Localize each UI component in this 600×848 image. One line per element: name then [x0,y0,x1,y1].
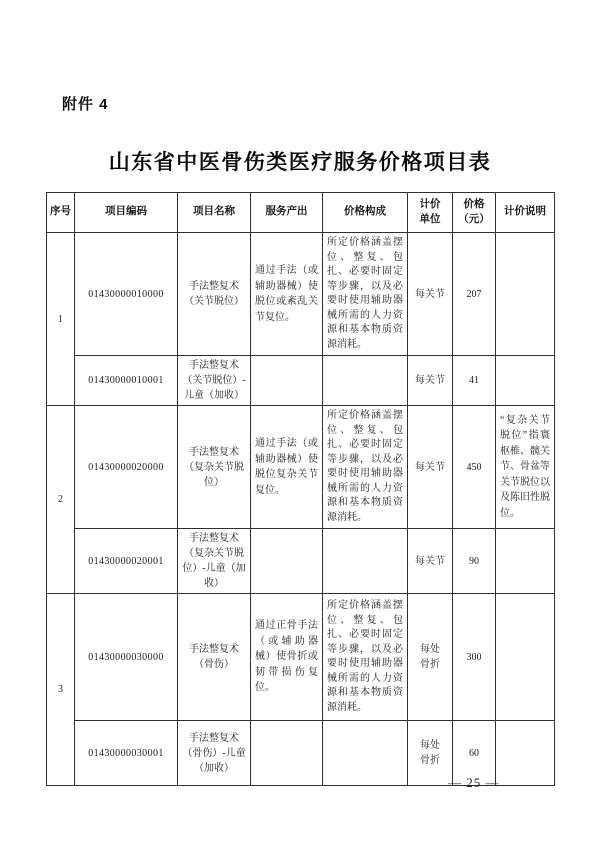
cell-pricing-unit: 每处 骨折 [408,721,453,786]
cell-service-output: 通过正骨手法（或辅助器械）使骨折或韧带损伤复位。 [251,594,323,721]
cell-pricing-note [496,356,555,406]
cell-item-name: 手法整复术（关节脱位）-儿童（加收） [178,356,251,406]
cell-price-composition [323,529,408,594]
cell-seq: 1 [47,233,75,406]
cell-item-code: 01430000020001 [75,529,178,594]
header-service-output: 服务产出 [251,193,323,233]
price-table: 序号 项目编码 项目名称 服务产出 价格构成 计价 单位 价格 （元） 计价说明… [46,192,555,786]
cell-price: 300 [453,594,496,721]
cell-item-name: 手法整复术（关节脱位） [178,233,251,356]
cell-price: 207 [453,233,496,356]
header-price-yuan: 价格 （元） [453,193,496,233]
header-pricing-note: 计价说明 [496,193,555,233]
cell-service-output: 通过手法（或辅助器械）使脱位复杂关节复位。 [251,406,323,529]
header-seq: 序号 [47,193,75,233]
cell-item-code: 01430000030000 [75,594,178,721]
table-row: 3 01430000030000 手法整复术（骨伤） 通过正骨手法（或辅助器械）… [47,594,555,721]
cell-service-output [251,721,323,786]
cell-price: 90 [453,529,496,594]
cell-pricing-note [496,721,555,786]
cell-pricing-unit: 每处 骨折 [408,594,453,721]
cell-pricing-unit: 每关节 [408,529,453,594]
page-number: — 25 — [448,775,500,791]
cell-price-composition: 所定价格涵盖摆位、整复、包扎、必要时固定等步骤，以及必要时使用辅助器械所需的人力… [323,406,408,529]
page-title: 山东省中医骨伤类医疗服务价格项目表 [0,146,600,176]
cell-item-code: 01430000030001 [75,721,178,786]
cell-price: 41 [453,356,496,406]
cell-service-output: 通过手法（或辅助器械）使脱位或紊乱关节复位。 [251,233,323,356]
cell-seq: 3 [47,594,75,786]
cell-pricing-note [496,233,555,356]
table-row: 01430000010001 手法整复术（关节脱位）-儿童（加收） 每关节 41 [47,356,555,406]
cell-service-output [251,529,323,594]
cell-price: 450 [453,406,496,529]
cell-item-name: 手法整复术（复杂关节脱位） [178,406,251,529]
cell-pricing-note [496,529,555,594]
header-item-name: 项目名称 [178,193,251,233]
cell-item-name: 手法整复术（复杂关节脱位）-儿童（加收） [178,529,251,594]
cell-pricing-unit: 每关节 [408,356,453,406]
cell-item-code: 01430000010000 [75,233,178,356]
cell-pricing-note: “复杂关节脱位”指寰枢椎、髋关节、骨盆等关节脱位以及陈旧性脱位。 [496,406,555,529]
header-price-composition: 价格构成 [323,193,408,233]
cell-pricing-unit: 每关节 [408,406,453,529]
attachment-label: 附件 4 [62,93,109,114]
cell-price-composition [323,721,408,786]
cell-seq: 2 [47,406,75,594]
cell-price-composition: 所定价格涵盖摆位、整复、包扎、必要时固定等步骤，以及必要时使用辅助器械所需的人力… [323,594,408,721]
cell-item-code: 01430000020000 [75,406,178,529]
table-row: 01430000020001 手法整复术（复杂关节脱位）-儿童（加收） 每关节 … [47,529,555,594]
cell-price-composition [323,356,408,406]
cell-service-output [251,356,323,406]
header-row: 序号 项目编码 项目名称 服务产出 价格构成 计价 单位 价格 （元） 计价说明 [47,193,555,233]
cell-item-code: 01430000010001 [75,356,178,406]
header-item-code: 项目编码 [75,193,178,233]
header-pricing-unit: 计价 单位 [408,193,453,233]
cell-item-name: 手法整复术（骨伤） [178,594,251,721]
cell-price-composition: 所定价格涵盖摆位、整复、包扎、必要时固定等步骤，以及必要时使用辅助器械所需的人力… [323,233,408,356]
table-row: 1 01430000010000 手法整复术（关节脱位） 通过手法（或辅助器械）… [47,233,555,356]
cell-pricing-unit: 每关节 [408,233,453,356]
cell-item-name: 手法整复术（骨伤）-儿童（加收） [178,721,251,786]
table-row: 2 01430000020000 手法整复术（复杂关节脱位） 通过手法（或辅助器… [47,406,555,529]
cell-pricing-note [496,594,555,721]
